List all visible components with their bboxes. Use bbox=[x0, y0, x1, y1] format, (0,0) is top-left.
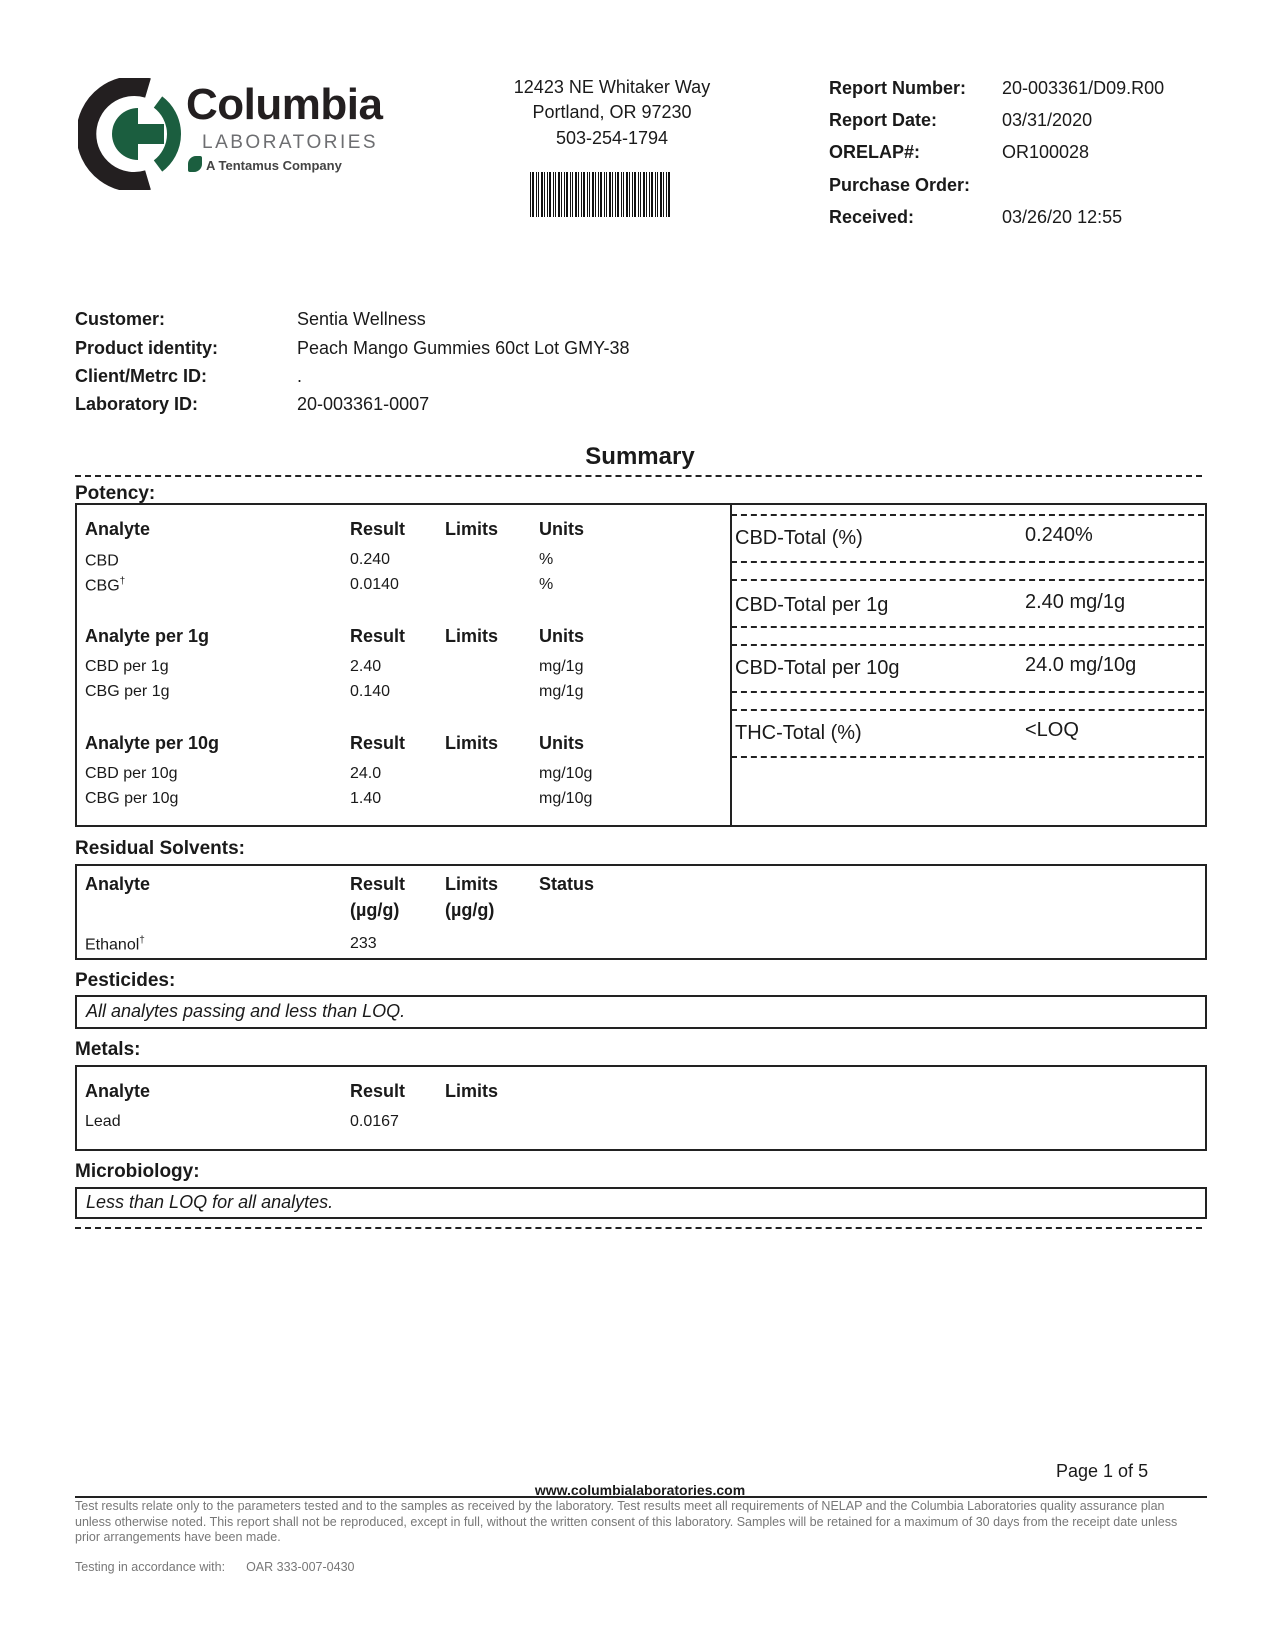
total-value: <LOQ bbox=[1025, 719, 1079, 742]
col-header-result: Result bbox=[350, 874, 405, 895]
meta-label: Report Number: bbox=[829, 78, 966, 99]
residual-solvents-box: Analyte Result Limits Status (µg/g) (µg/… bbox=[75, 864, 1207, 960]
analyte-result: 0.240 bbox=[350, 551, 390, 569]
company-logo: Columbia LABORATORIES A Tentamus Company bbox=[78, 78, 408, 190]
analyte-name: CBG per 10g bbox=[85, 790, 178, 808]
microbiology-label: Microbiology: bbox=[75, 1161, 200, 1183]
pesticides-label: Pesticides: bbox=[75, 970, 175, 992]
analyte-units: mg/10g bbox=[539, 790, 592, 808]
potency-label: Potency: bbox=[75, 483, 155, 505]
analyte-result: 2.40 bbox=[350, 658, 381, 676]
total-label: CBD-Total (%) bbox=[735, 527, 863, 550]
client-label: Product identity: bbox=[75, 338, 218, 359]
meta-label: Report Date: bbox=[829, 110, 937, 131]
analyte-name: CBG per 1g bbox=[85, 683, 169, 701]
logo-wordmark: Columbia bbox=[186, 80, 382, 130]
customer-name: Sentia Wellness bbox=[297, 309, 426, 330]
analyte-result: 1.40 bbox=[350, 790, 381, 808]
meta-label: ORELAP#: bbox=[829, 142, 920, 163]
totals-divider bbox=[731, 579, 1204, 581]
disclaimer: Test results relate only to the paramete… bbox=[75, 1499, 1215, 1546]
analyte-units: mg/1g bbox=[539, 683, 583, 701]
analyte-units: % bbox=[539, 551, 553, 569]
analyte-result: 0.140 bbox=[350, 683, 390, 701]
col-header-limits: Limits bbox=[445, 626, 498, 647]
orelap-number: OR100028 bbox=[1002, 142, 1089, 163]
totals-divider bbox=[731, 709, 1204, 711]
analyte-result: 0.0167 bbox=[350, 1113, 399, 1131]
disclaimer-line: unless otherwise noted. This report shal… bbox=[75, 1515, 1215, 1531]
microbiology-box: Less than LOQ for all analytes. bbox=[75, 1187, 1207, 1219]
product-identity: Peach Mango Gummies 60ct Lot GMY-38 bbox=[297, 338, 630, 359]
col-header-limits: Limits bbox=[445, 519, 498, 540]
metrc-id: . bbox=[297, 366, 302, 387]
analyte-name: Ethanol† bbox=[85, 935, 145, 954]
logo-subtitle: LABORATORIES bbox=[202, 132, 378, 154]
report-date: 03/31/2020 bbox=[1002, 110, 1092, 131]
col-header-units: Units bbox=[539, 733, 584, 754]
col-header-analyte: Analyte bbox=[85, 874, 150, 895]
total-label: CBD-Total per 1g bbox=[735, 594, 888, 617]
totals-divider bbox=[731, 626, 1204, 628]
address-street: 12423 NE Whitaker Way bbox=[490, 77, 734, 98]
col-header-units: Units bbox=[539, 519, 584, 540]
col-header-limits: Limits bbox=[445, 733, 498, 754]
col-header-result: Result bbox=[350, 733, 405, 754]
totals-divider bbox=[731, 644, 1204, 646]
address-phone: 503-254-1794 bbox=[490, 128, 734, 149]
report-number: 20-003361/D09.R00 bbox=[1002, 78, 1164, 99]
client-label: Laboratory ID: bbox=[75, 394, 198, 415]
total-value: 2.40 mg/1g bbox=[1025, 591, 1125, 614]
analyte-units: mg/10g bbox=[539, 765, 592, 783]
disclaimer-line: Test results relate only to the paramete… bbox=[75, 1499, 1215, 1515]
metals-label: Metals: bbox=[75, 1039, 140, 1061]
meta-label: Received: bbox=[829, 207, 914, 228]
totals-divider bbox=[731, 514, 1204, 516]
col-header-analyte: Analyte bbox=[85, 519, 150, 540]
col-header-limits: Limits bbox=[445, 874, 498, 895]
total-label: THC-Total (%) bbox=[735, 722, 862, 745]
col-header-result: Result bbox=[350, 519, 405, 540]
residual-solvents-label: Residual Solvents: bbox=[75, 838, 245, 860]
analyte-name: CBD bbox=[85, 551, 119, 570]
col-header-analyte: Analyte bbox=[85, 1081, 150, 1102]
totals-divider bbox=[731, 691, 1204, 693]
total-value: 24.0 mg/10g bbox=[1025, 654, 1136, 677]
analyte-name: CBD per 1g bbox=[85, 658, 169, 676]
microbiology-note: Less than LOQ for all analytes. bbox=[86, 1192, 333, 1213]
col-subheader-result-units: (µg/g) bbox=[350, 900, 399, 921]
summary-end-divider bbox=[75, 1227, 1202, 1229]
col-header-result: Result bbox=[350, 626, 405, 647]
tentamus-leaf-icon bbox=[188, 156, 202, 172]
page-number: Page 1 of 5 bbox=[1056, 1461, 1148, 1482]
col-header-analyte: Analyte per 10g bbox=[85, 733, 219, 754]
client-label: Customer: bbox=[75, 309, 165, 330]
metals-box: Analyte Result Limits Lead 0.0167 bbox=[75, 1065, 1207, 1151]
analyte-units: mg/1g bbox=[539, 658, 583, 676]
totals-divider bbox=[731, 756, 1204, 758]
col-header-analyte: Analyte per 1g bbox=[85, 626, 209, 647]
analyte-result: 24.0 bbox=[350, 765, 381, 783]
col-subheader-limits-units: (µg/g) bbox=[445, 900, 494, 921]
total-label: CBD-Total per 10g bbox=[735, 657, 900, 680]
analyte-name: CBD per 10g bbox=[85, 765, 178, 783]
summary-divider bbox=[75, 475, 1202, 477]
analyte-units: % bbox=[539, 576, 553, 594]
analyte-name: CBG† bbox=[85, 576, 125, 595]
testing-value: OAR 333-007-0430 bbox=[246, 1560, 354, 1574]
columbia-c-logo-icon bbox=[78, 78, 186, 190]
disclaimer-line: prior arrangements have been made. bbox=[75, 1530, 1215, 1546]
testing-label: Testing in accordance with: bbox=[75, 1560, 225, 1574]
summary-title: Summary bbox=[540, 443, 740, 471]
laboratory-id: 20-003361-0007 bbox=[297, 394, 429, 415]
meta-label: Purchase Order: bbox=[829, 175, 970, 196]
analyte-name: Lead bbox=[85, 1113, 121, 1131]
pesticides-box: All analytes passing and less than LOQ. bbox=[75, 995, 1207, 1029]
testing-standard: Testing in accordance with: OAR 333-007-… bbox=[75, 1560, 354, 1576]
analyte-result: 0.0140 bbox=[350, 576, 399, 594]
analyte-result: 233 bbox=[350, 935, 377, 953]
client-label: Client/Metrc ID: bbox=[75, 366, 207, 387]
footer-rule bbox=[75, 1496, 1207, 1498]
col-header-status: Status bbox=[539, 874, 594, 895]
pesticides-note: All analytes passing and less than LOQ. bbox=[86, 1001, 405, 1022]
col-header-units: Units bbox=[539, 626, 584, 647]
col-header-limits: Limits bbox=[445, 1081, 498, 1102]
totals-divider bbox=[731, 561, 1204, 563]
barcode bbox=[530, 172, 674, 217]
received-date: 03/26/20 12:55 bbox=[1002, 207, 1122, 228]
total-value: 0.240% bbox=[1025, 524, 1093, 547]
col-header-result: Result bbox=[350, 1081, 405, 1102]
address-city: Portland, OR 97230 bbox=[490, 102, 734, 123]
potency-divider bbox=[730, 505, 732, 825]
logo-tagline: A Tentamus Company bbox=[206, 158, 342, 173]
